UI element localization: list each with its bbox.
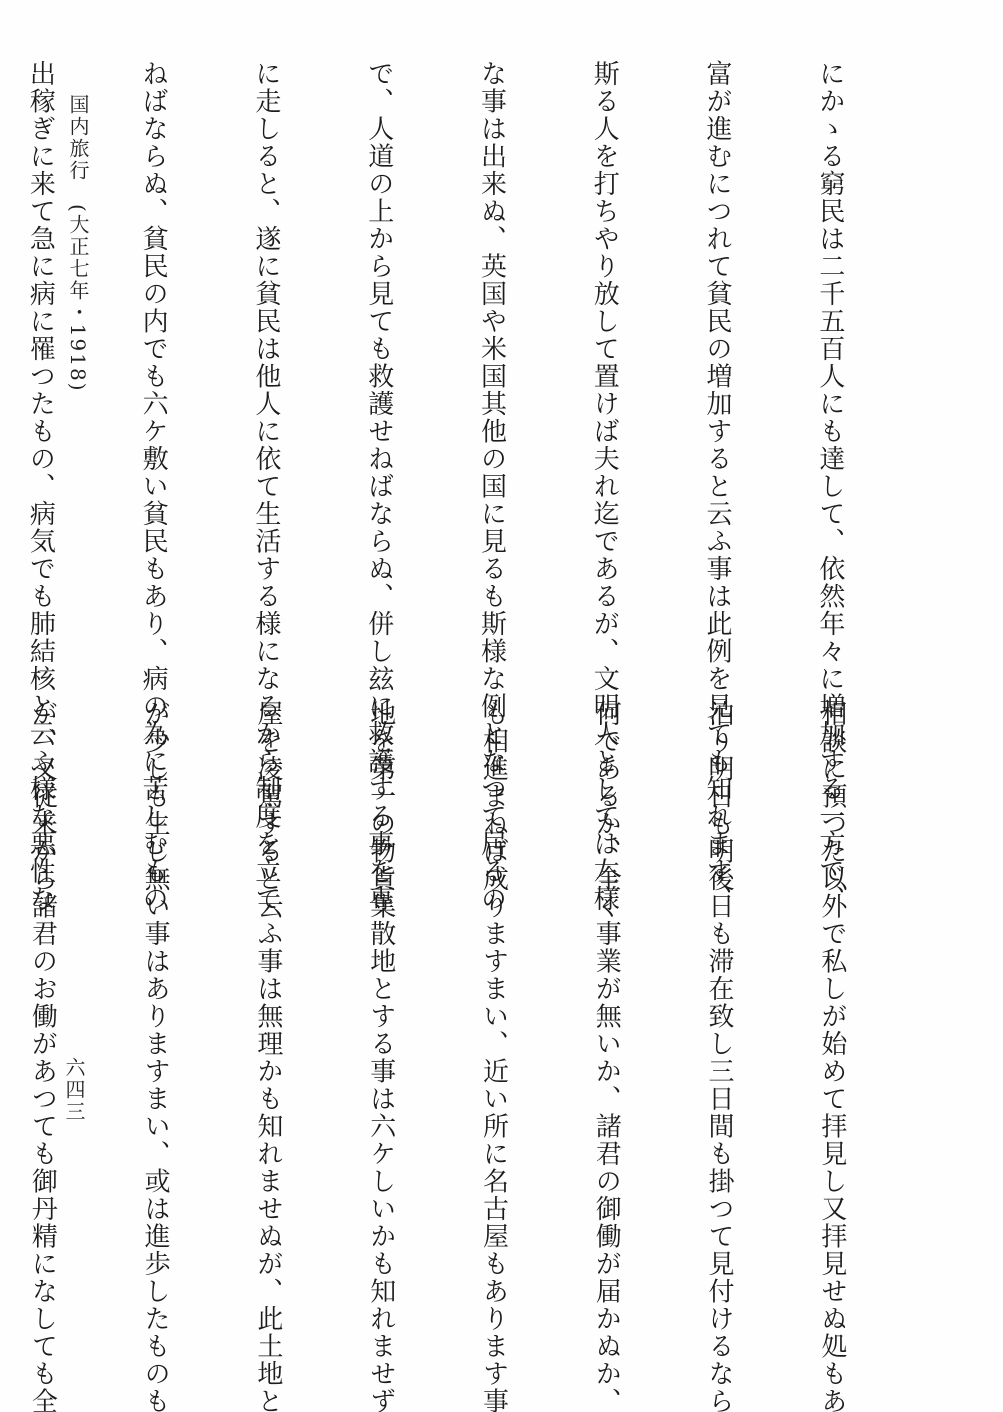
text-block-lower: 相談に預つた以外で私しが始めて拝見し又拝見せぬ処もあり、今日も 泊り明日も明後日… <box>95 700 925 1300</box>
text-line: で、人道の上から見ても救護せねばならぬ、併し玆に救護する事を専 <box>359 60 397 660</box>
text-line: に走しると、遂に貧民は他人に依て生活する様になるから制度を立て <box>246 60 284 660</box>
page-number: 六四三 <box>60 1057 89 1123</box>
document-page: にかゝる窮民は二千五百人にも達して、依然年々に増加する一方で、 富が進むにつれて… <box>0 0 1003 1412</box>
text-line: 富が進むにつれて貧民の増加すると云ふ事は此例を見ても知れます、 <box>697 60 735 660</box>
text-line: 屋を凌駕すると云ふ事は無理かも知れませぬが、此土地として企る事 <box>248 700 286 1300</box>
text-line: 斯る人を打ちやり放して置けば夫れ迄であるが、文明人としては左様 <box>585 60 623 660</box>
text-line: な事は出来ぬ、英国や米国其他の国に見るも斯様な例となつて居るの <box>472 60 510 660</box>
text-line: ねばならぬ、貧民の内でも六ケ敷い貧民もあり、病の為に苦しむもの <box>134 60 172 660</box>
text-line: が、又従来から諸君のお働があつても御丹精になしても全く無いのか <box>23 700 61 1300</box>
text-line: 泊り明日も明後日も滞在致し三日間も掛つて見付けるならば少しは如 <box>699 700 737 1300</box>
text-line: 出稼ぎに来て急に病に罹つたもの、病気でも肺結核と云ふ様な悪性な <box>21 60 59 660</box>
text-line: 地を第一の物貨集散地とする事は六ケしいかも知れませず、或は名古 <box>361 700 399 1300</box>
text-line: 相談に預つた以外で私しが始めて拝見し又拝見せぬ処もあり、今日も <box>812 700 850 1300</box>
text-line: も相進まねば成りますまい、近い所に名古屋もあります事とて、此土 <box>474 700 512 1300</box>
text-line: にかゝる窮民は二千五百人にも達して、依然年々に増加する一方で、 <box>810 60 848 660</box>
text-block-upper: にかゝる窮民は二千五百人にも達して、依然年々に増加する一方で、 富が進むにつれて… <box>93 60 923 660</box>
text-line: が少しも生じ無い事はありますまい、或は進歩したものもありませう <box>136 700 174 1300</box>
text-line: 何であるか、全く事業が無いか、諸君の御働が届かぬか、何れにする <box>587 700 625 1300</box>
running-head: 国内旅行 (大正七年・1918) <box>64 94 93 393</box>
